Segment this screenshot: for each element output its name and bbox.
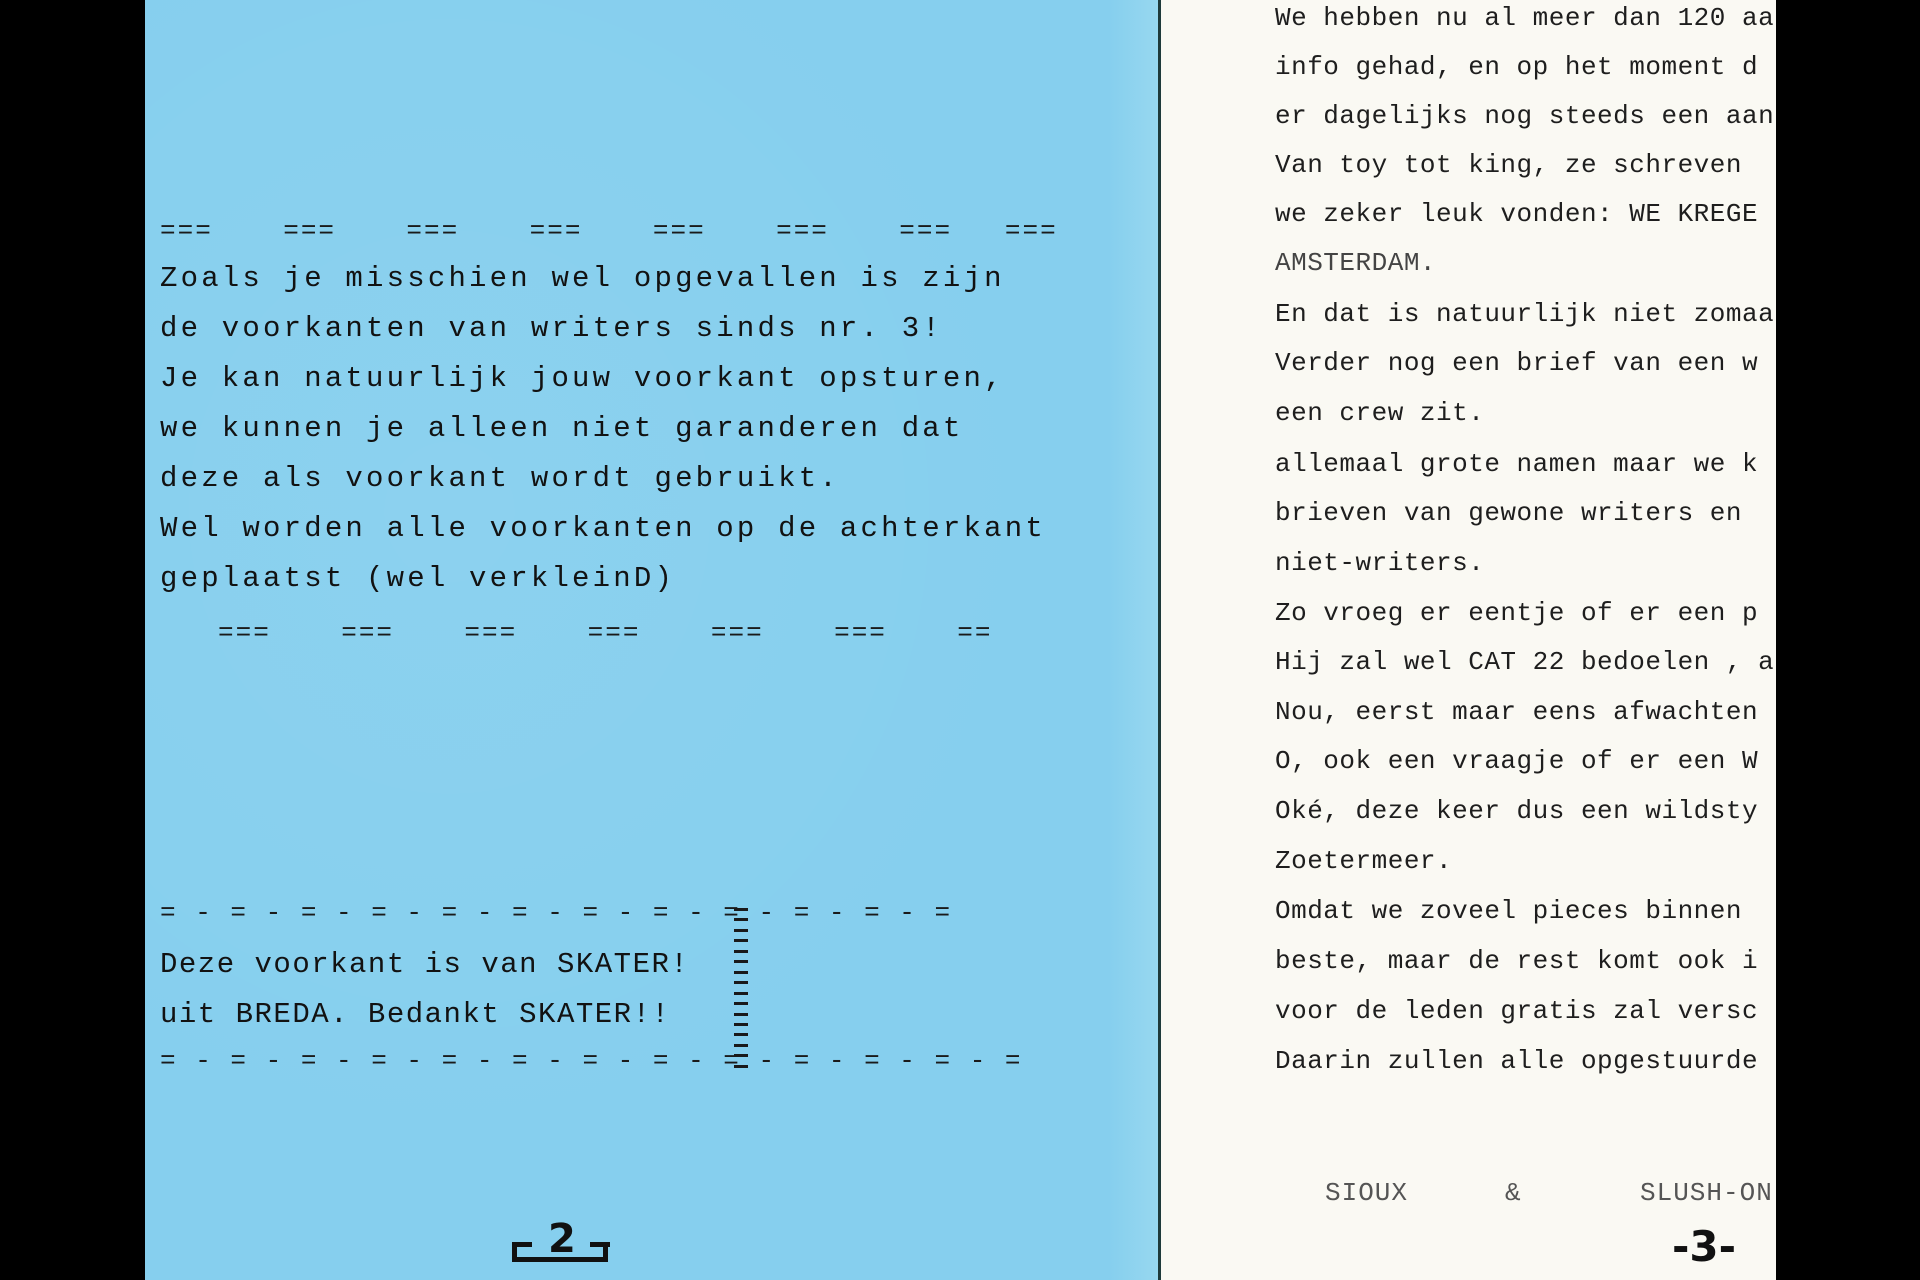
body-line: Nou, eerst maar eens afwachten [1275,697,1758,727]
body-line: Hij zal wel CAT 22 bedoelen , a [1275,647,1774,677]
box-border-bottom: = - = - = - = - = - = - = - = - = - = - … [160,1046,1023,1076]
paragraph-line: deze als voorkant wordt gebruikt. [160,462,840,495]
divider-top: === === === === === === === === [160,216,1058,246]
credit-line: Deze voorkant is van SKATER! [160,948,689,981]
body-line: O, ook een vraagje of er een W [1275,746,1758,776]
body-line: Zoetermeer. [1275,846,1452,876]
spine-shadow [1110,0,1160,1280]
body-line: Zo vroeg er eentje of er een p [1275,598,1758,628]
body-line: er dagelijks nog steeds een aan [1275,101,1774,131]
body-line: brieven van gewone writers en [1275,498,1742,528]
divider-bottom: === === === === === === == [218,618,993,648]
body-line: allemaal grote namen maar we k [1275,449,1758,479]
paragraph-line: Je kan natuurlijk jouw voorkant opsturen… [160,362,1005,395]
page-number-right: -3- [1672,1222,1736,1271]
scan-border-right [1776,0,1920,1280]
body-line: Omdat we zoveel pieces binnen [1275,896,1742,926]
spine [1158,0,1161,1280]
paragraph-line: de voorkanten van writers sinds nr. 3! [160,312,943,345]
body-line: Verder nog een brief van een w [1275,348,1758,378]
body-line: Daarin zullen alle opgestuurde [1275,1046,1758,1076]
paragraph-line: Zoals je misschien wel opgevallen is zij… [160,262,1005,295]
page-number-text: 2 [548,1216,576,1262]
body-line: AMSTERDAM. [1275,248,1436,278]
right-page-white [1161,0,1776,1280]
signature-name-2: SLUSH-ON [1640,1178,1773,1208]
paragraph-line: geplaatst (wel verkleinD) [160,562,675,595]
paragraph-line: we kunnen je alleen niet garanderen dat [160,412,964,445]
paragraph-line: Wel worden alle voorkanten op de achterk… [160,512,1046,545]
body-line: een crew zit. [1275,398,1484,428]
signature-name-1: SIOUX [1325,1178,1408,1208]
page-number-left: 2 [512,1222,612,1266]
body-line: we zeker leuk vonden: WE KREGE [1275,199,1758,229]
body-line: niet-writers. [1275,548,1484,578]
credit-line: uit BREDA. Bedankt SKATER!! [160,998,670,1031]
body-line: En dat is natuurlijk niet zomaa [1275,299,1774,329]
body-line: We hebben nu al meer dan 120 aa [1275,3,1774,33]
box-border-top: = - = - = - = - = - = - = - = - = - = - … [160,898,952,928]
signature-ampersand: & [1505,1178,1522,1208]
body-line: beste, maar de rest komt ook i [1275,946,1758,976]
box-vertical-border [733,908,749,1068]
body-line: voor de leden gratis zal versc [1275,996,1758,1026]
body-line: Van toy tot king, ze schreven [1275,150,1742,180]
body-line: info gehad, en op het moment d [1275,52,1758,82]
body-line: Oké, deze keer dus een wildsty [1275,796,1758,826]
